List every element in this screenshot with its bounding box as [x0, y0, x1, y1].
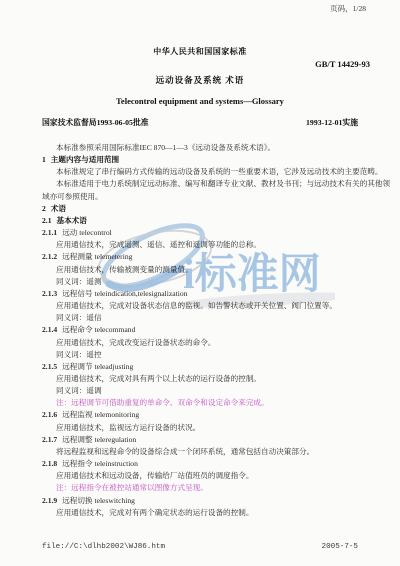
- footer-date: 2005-7-5: [322, 543, 358, 551]
- term-entry: 2.1.1远动 telecontrol: [42, 227, 374, 239]
- body-line: 域亦可参照使用。: [42, 191, 374, 203]
- definition-line: 应用通信技术，完成对具有两个以上状态的运行设备的控制。: [42, 373, 374, 385]
- term-entry: 2.1.9远程切换 teleswitching: [42, 495, 374, 507]
- approval-row: 国家技术监督局1993-06-05批准 1993-12-01实施: [42, 117, 358, 128]
- definition-line: 应用通信技术，传输被测变量的测量值。: [42, 264, 374, 276]
- term-entry: 2.1.4远程命令 telecommand: [42, 324, 374, 336]
- section-heading: 2.1基本术语: [42, 215, 374, 227]
- definition-line: 应用通信技术，完成对设备状态信息的监视。如告警状态或开关位置、阀门位置等。: [42, 300, 374, 312]
- standard-code: GB/T 14429-93: [315, 59, 370, 69]
- approval-authority: 国家技术监督局1993-06-05批准: [42, 117, 149, 128]
- definition-line: 应用通信技术和远动设备，传输给厂站值班员的调度指令。: [42, 470, 374, 482]
- definition-line: 应用通信技术，监视远方运行设备的状况。: [42, 422, 374, 434]
- term-entry: 2.1.2远程测量 telemetering: [42, 251, 374, 263]
- definition-line: 应用通信技术，完成改变运行设备状态的命令。: [42, 337, 374, 349]
- definition-line: 应用通信技术，完成对有两个确定状态的运行设备的控制。: [42, 507, 374, 519]
- document-title-cn: 远动设备及系统 术语: [0, 74, 400, 86]
- intro-line: 本标准参照采用国际标准IEC 870—1—3《远动设备及系统术语》。: [42, 142, 374, 154]
- definition-line: 将远程监视和远程命令的设备综合成一个闭环系统，通常包括自动决策部分。: [42, 446, 374, 458]
- term-entry: 2.1.7远程调整 teleregulation: [42, 434, 374, 446]
- term-entry: 2.1.5远程调节 teleadjusting: [42, 361, 374, 373]
- page-footer: file://C:\dlhb2002\WJ86.htm 2005-7-5: [42, 543, 358, 551]
- term-entry: 2.1.8远程指令 teleinstruction: [42, 458, 374, 470]
- body-line: 本标准适用于电力系统制定远动标准、编写和翻译专业文献、教材及书刊；与远动技术有关…: [42, 178, 374, 190]
- implementation-date: 1993-12-01实施: [306, 117, 358, 128]
- section-heading: 1主题内容与适用范围: [42, 154, 374, 166]
- document-page: 页码，1/28 中华人民共和国国家标准 GB/T 14429-93 远动设备及系…: [0, 0, 400, 566]
- body-line: 本标准规定了串行编码方式传输的远动设备及系统的一些重要术语，它涉及远动技术的主要…: [42, 166, 374, 178]
- term-entry: 2.1.3远程信号 teleindication,telesignalizati…: [42, 288, 374, 300]
- document-title-en: Telecontrol equipment and systems—Glossa…: [0, 96, 400, 106]
- document-body: 本标准参照采用国际标准IEC 870—1—3《远动设备及系统术语》。 1主题内容…: [42, 142, 374, 519]
- term-entry: 2.1.6远程监视 telemonitoring: [42, 409, 374, 421]
- synonym-line: 同义词：遥测: [42, 276, 374, 288]
- section-heading: 2术语: [42, 203, 374, 215]
- synonym-line: 同义词：遥信: [42, 312, 374, 324]
- synonym-line: 同义词：遥调: [42, 385, 374, 397]
- synonym-line: 同义词：遥控: [42, 349, 374, 361]
- definition-line: 应用通信技术，完成遥测、遥信、遥控和遥调等功能的总称。: [42, 239, 374, 251]
- note-line: 注：远程指令在被控站通常以图像方式呈现。: [42, 482, 374, 494]
- note-line: 注：远程调节可借助重复的单命令、双命令和设定命令来完成。: [42, 397, 374, 409]
- national-standard-heading: 中华人民共和国国家标准: [0, 46, 400, 57]
- footer-file-url: file://C:\dlhb2002\WJ86.htm: [42, 543, 165, 551]
- page-number-label: 页码，1/28: [330, 3, 366, 14]
